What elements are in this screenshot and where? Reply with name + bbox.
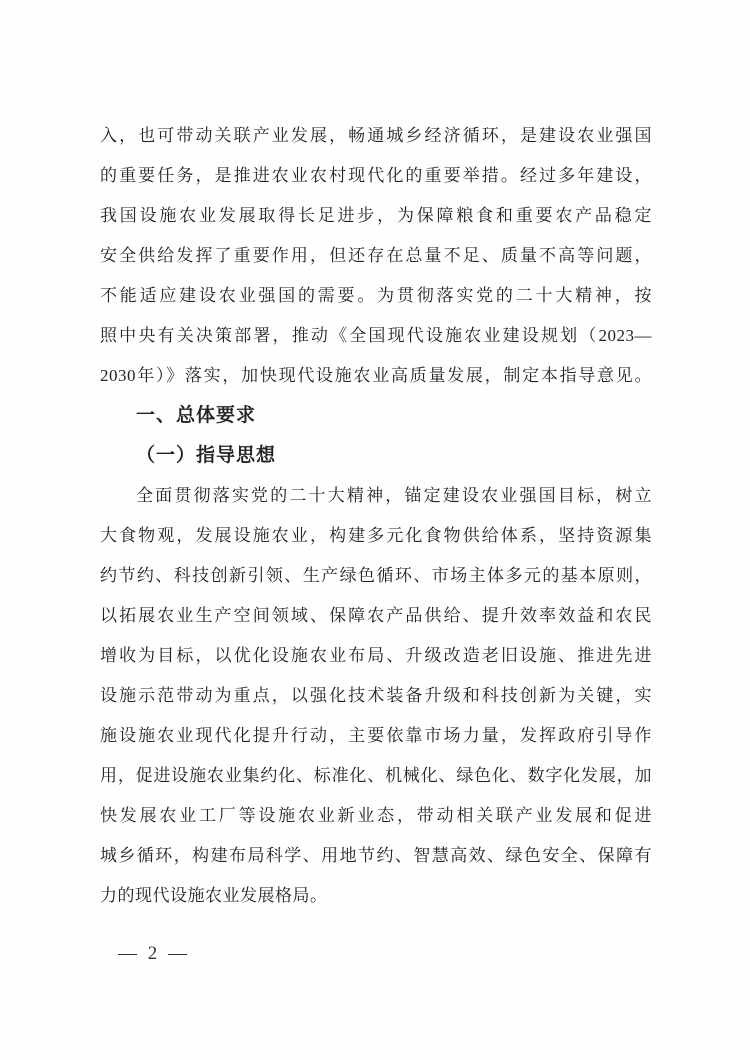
body-line: 快发展农业工厂等设施农业新业态，带动相关联产业发展和促进: [100, 796, 652, 836]
page-number: — 2 —: [118, 940, 190, 968]
body-line: 全面贯彻落实党的二十大精神，锚定建设农业强国目标，树立: [100, 476, 652, 516]
subsection-heading: （一）指导思想: [100, 436, 652, 476]
body-line: 设施示范带动为重点，以强化技术装备升级和科技创新为关键，实: [100, 676, 652, 716]
body-line: 约节约、科技创新引领、生产绿色循环、市场主体多元的基本原则，: [100, 556, 652, 596]
body-line: 施设施农业现代化提升行动，主要依靠市场力量，发挥政府引导作: [100, 716, 652, 756]
body-line: 以拓展农业生产空间领域、保障农产品供给、提升效率效益和农民: [100, 596, 652, 636]
body-line: 城乡循环，构建布局科学、用地节约、智慧高效、绿色安全、保障有: [100, 836, 652, 876]
section-heading: 一、总体要求: [100, 396, 652, 436]
page-body: 入，也可带动关联产业发展，畅通城乡经济循环，是建设农业强国 的重要任务，是推进农…: [100, 116, 652, 916]
body-line: 照中央有关决策部署，推动《全国现代设施农业建设规划（2023—: [100, 316, 652, 356]
body-line: 不能适应建设农业强国的需要。为贯彻落实党的二十大精神，按: [100, 276, 652, 316]
body-line: 的重要任务，是推进农业农村现代化的重要举措。经过多年建设，: [100, 156, 652, 196]
body-line: 大食物观，发展设施农业，构建多元化食物供给体系，坚持资源集: [100, 516, 652, 556]
body-line: 增收为目标，以优化设施农业布局、升级改造老旧设施、推进先进: [100, 636, 652, 676]
body-line: 安全供给发挥了重要作用，但还存在总量不足、质量不高等问题，: [100, 236, 652, 276]
body-line: 2030年）》落实，加快现代设施农业高质量发展，制定本指导意见。: [100, 356, 652, 396]
body-line: 入，也可带动关联产业发展，畅通城乡经济循环，是建设农业强国: [100, 116, 652, 156]
body-line: 我国设施农业发展取得长足进步，为保障粮食和重要农产品稳定: [100, 196, 652, 236]
document-page: 入，也可带动关联产业发展，畅通城乡经济循环，是建设农业强国 的重要任务，是推进农…: [0, 0, 750, 1060]
body-line: 用，促进设施农业集约化、标准化、机械化、绿色化、数字化发展，加: [100, 756, 652, 796]
body-line: 力的现代设施农业发展格局。: [100, 876, 652, 916]
